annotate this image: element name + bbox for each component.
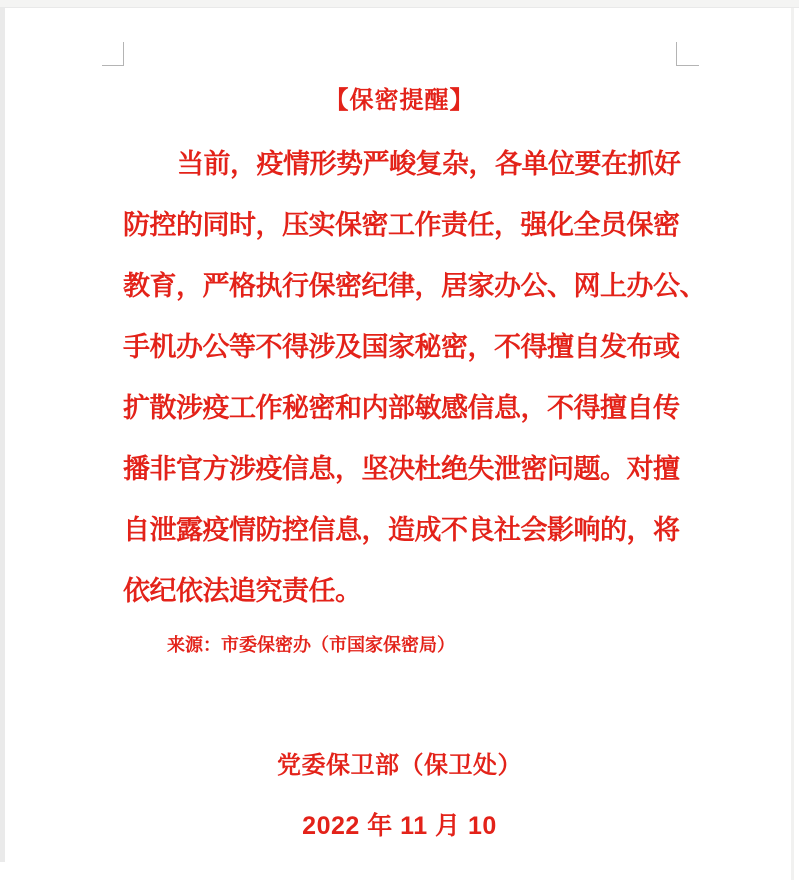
signature-line: 党委保卫部（保卫处） [123, 745, 676, 780]
body-line: 依纪依法追究责任。 [123, 561, 680, 622]
body-line: 防控的同时，压实保密工作责任，强化全员保密 [123, 195, 680, 256]
document-page: 【保密提醒】 当前，疫情形势严峻复杂，各单位要在抓好 防控的同时，压实保密工作责… [0, 0, 799, 880]
text-boundary-mark-top-left [102, 42, 124, 66]
canvas-top-edge [0, 0, 799, 8]
body-line: 扩散涉疫工作秘密和内部敏感信息，不得擅自传 [123, 378, 680, 439]
body-line: 播非官方涉疫信息，坚决杜绝失泄密问题。对擅 [123, 439, 680, 500]
body-line: 自泄露疫情防控信息，造成不良社会影响的，将 [123, 500, 680, 561]
body-line: 手机办公等不得涉及国家秘密，不得擅自发布或 [123, 317, 680, 378]
text-boundary-mark-top-right [676, 42, 699, 66]
canvas-left-edge [0, 8, 5, 862]
source-line: 来源：市委保密办（市国家保密局） [167, 632, 455, 658]
document-title: 【保密提醒】 [123, 80, 676, 115]
document-body: 当前，疫情形势严峻复杂，各单位要在抓好 防控的同时，压实保密工作责任，强化全员保… [123, 134, 680, 622]
canvas-right-edge [791, 8, 794, 880]
body-line: 教育，严格执行保密纪律，居家办公、网上办公、 [123, 256, 680, 317]
date-line: 2022 年 11 月 10 [123, 806, 676, 842]
body-line: 当前，疫情形势严峻复杂，各单位要在抓好 [123, 134, 680, 195]
